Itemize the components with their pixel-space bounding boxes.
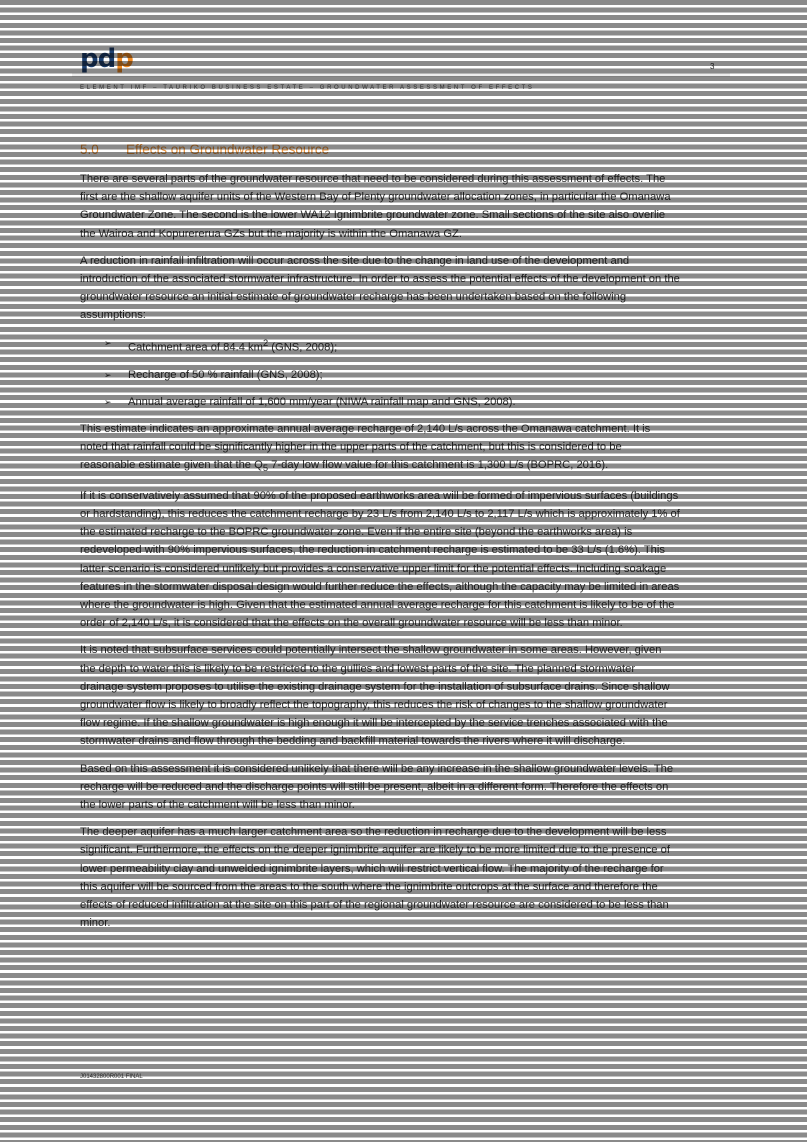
logo-letter-p: p bbox=[80, 44, 98, 74]
page-number: 3 bbox=[710, 62, 714, 71]
arrow-bullet-icon: ➢ bbox=[104, 393, 112, 411]
header-divider bbox=[72, 73, 730, 77]
paragraph: It is noted that subsurface services cou… bbox=[80, 641, 680, 750]
list-item: ➢ Annual average rainfall of 1,600 mm/ye… bbox=[80, 393, 680, 411]
paragraph: There are several parts of the groundwat… bbox=[80, 170, 680, 243]
document-page: pdp 3 ELEMENT IMF – TAURIKO BUSINESS EST… bbox=[0, 0, 807, 1142]
section-heading: 5.0Effects on Groundwater Resource bbox=[80, 142, 329, 157]
section-number: 5.0 bbox=[80, 142, 126, 157]
paragraph: Based on this assessment it is considere… bbox=[80, 760, 680, 815]
logo-letter-p-orange: p bbox=[115, 44, 133, 74]
paragraph: If it is conservatively assumed that 90%… bbox=[80, 487, 680, 633]
paragraph: This estimate indicates an approximate a… bbox=[80, 420, 680, 478]
assumptions-list: ➢ Catchment area of 84.4 km2 (GNS, 2008)… bbox=[80, 334, 680, 411]
arrow-bullet-icon: ➢ bbox=[104, 366, 112, 384]
list-item: ➢ Catchment area of 84.4 km2 (GNS, 2008)… bbox=[80, 334, 680, 357]
list-item: ➢ Recharge of 50 % rainfall (GNS, 2008); bbox=[80, 366, 680, 384]
footer-reference: J01432800R001 FINAL bbox=[80, 1074, 143, 1080]
paragraph: A reduction in rainfall infiltration wil… bbox=[80, 252, 680, 325]
logo-letter-d: d bbox=[98, 44, 116, 74]
paragraph: The deeper aquifer has a much larger cat… bbox=[80, 823, 680, 932]
section-title: Effects on Groundwater Resource bbox=[126, 142, 329, 157]
body-text: There are several parts of the groundwat… bbox=[80, 170, 680, 941]
pdp-logo: pdp bbox=[80, 44, 133, 74]
running-head: ELEMENT IMF – TAURIKO BUSINESS ESTATE – … bbox=[80, 85, 535, 91]
arrow-bullet-icon: ➢ bbox=[104, 334, 112, 352]
